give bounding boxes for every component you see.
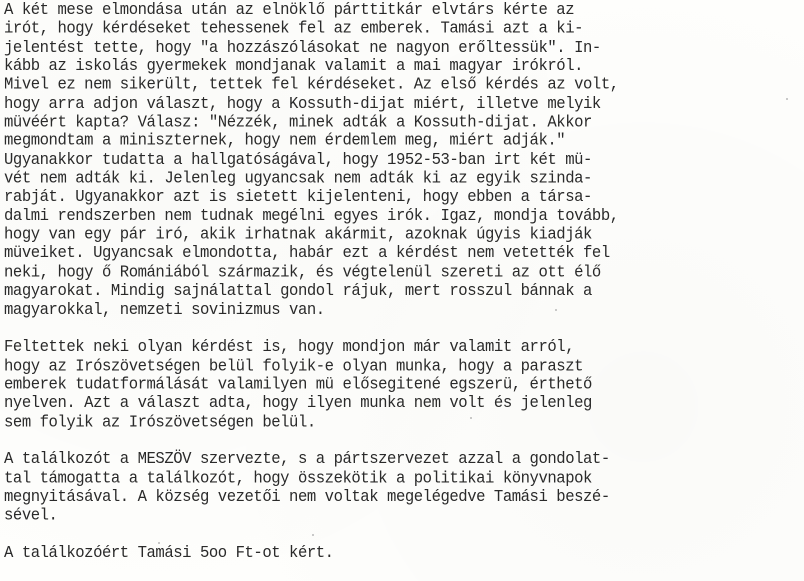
text-line: müvéért kapta? Válasz: "Nézzék, minek ad… (4, 113, 804, 132)
text-line: vét nem adták ki. Jelenleg ugyancsak nem… (4, 170, 804, 189)
paper-speck (88, 549, 90, 551)
text-line: hogy van egy pár iró, akik irhatnak akár… (4, 226, 804, 245)
paragraph-tamasi-remarks: A két mese elmondása után az elnöklő pár… (4, 1, 804, 319)
text-line: A találkozóért Tamási 5oo Ft-ot kért. (4, 544, 804, 563)
text-line: kább az iskolás gyermekek mondjanak vala… (4, 57, 804, 76)
paper-speck (312, 534, 314, 536)
scanned-document-page: A két mese elmondása után az elnöklő pár… (0, 0, 804, 581)
text-line: jelentést tette, hogy "a hozzászólásokat… (4, 38, 804, 57)
text-line: müveiket. Ugyancsak elmondotta, habár ez… (4, 245, 804, 264)
paragraph-meszov-organization: A találkozót a MESZÖV szervezte, s a pár… (4, 451, 804, 526)
text-line: tal támogatta a találkozót, hogy összekö… (4, 469, 804, 488)
paper-speck (555, 309, 557, 311)
text-line: neki, hogy ő Romániából származik, és vé… (4, 263, 804, 282)
text-line: A találkozót a MESZÖV szervezte, s a pár… (4, 451, 804, 470)
text-line: megmondtam a miniszternek, hogy nem érde… (4, 132, 804, 151)
text-line: rabját. Ugyanakkor azt is sietett kijele… (4, 188, 804, 207)
text-line: magyarokat. Mindig sajnálattal gondol rá… (4, 282, 804, 301)
text-line: magyarokkal, nemzeti sovinizmus van. (4, 301, 804, 320)
text-line: sével. (4, 507, 804, 526)
text-line: hogy arra adjon választ, hogy a Kossuth-… (4, 95, 804, 114)
paper-speck (158, 542, 160, 544)
paragraph-writers-union-question: Feltettek neki olyan kérdést is, hogy mo… (4, 338, 804, 432)
text-line: Mivel ez nem sikerült, tettek fel kérdés… (4, 76, 804, 95)
paper-speck (786, 98, 788, 100)
paragraph-fee: A találkozóért Tamási 5oo Ft-ot kért. (4, 544, 804, 563)
text-line: A két mese elmondása után az elnöklő pár… (4, 1, 804, 20)
text-line: nyelven. Azt a választ adta, hogy ilyen … (4, 394, 804, 413)
text-line: Feltettek neki olyan kérdést is, hogy mo… (4, 338, 804, 357)
typewritten-text: A két mese elmondása után az elnöklő pár… (4, 1, 804, 581)
text-line: Ugyanakkor tudatta a hallgatóságával, ho… (4, 151, 804, 170)
text-line: irót, hogy kérdéseket tehessenek fel az … (4, 20, 804, 39)
text-line: dalmi rendszerben nem tudnak megélni egy… (4, 207, 804, 226)
text-line: sem folyik az Irószövetségen belül. (4, 413, 804, 432)
text-line: hogy az Irószövetségen belül folyik-e ol… (4, 357, 804, 376)
text-line: emberek tudatformálását valamilyen mü el… (4, 376, 804, 395)
text-line: megnyitásával. A község vezetői nem volt… (4, 488, 804, 507)
paper-speck (470, 417, 472, 419)
